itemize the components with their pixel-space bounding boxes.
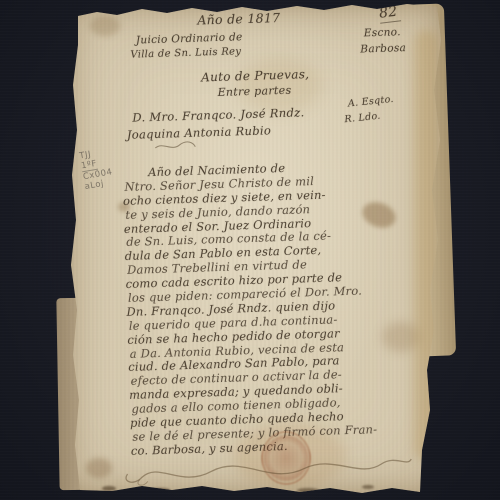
court-heading-line: Villa de Sn. Luis Rey	[130, 46, 241, 60]
archival-reference-note: TJJ 1ºF Cx004 aLoj	[79, 147, 115, 192]
paper-stain	[212, 5, 222, 11]
scribe-note-line: Escno.	[364, 27, 401, 40]
manuscript-page: Año de 1817 82 Escno. Barbosa Juicio Ord…	[62, 0, 446, 497]
marginal-abbreviation-line: A. Esqto.	[348, 95, 395, 110]
rubric-flourish-icon	[119, 441, 420, 498]
paper-stain	[320, 3, 332, 9]
year-heading: Año de 1817	[197, 11, 280, 27]
document-title-line: Auto de Pruevas,	[201, 68, 310, 85]
folio-number: 82	[378, 4, 401, 24]
marginal-abbreviation-line: R. Ldo.	[344, 112, 381, 126]
underline-flourish-icon	[153, 138, 198, 158]
handwritten-content: Año de 1817 82 Escno. Barbosa Juicio Ord…	[57, 0, 456, 499]
document-title-line: Entre partes	[217, 85, 291, 99]
body-text-block: Año del Nacimiento de Ntro. Señor Jesu C…	[122, 156, 441, 457]
manuscript-photo-scene: Año de 1817 82 Escno. Barbosa Juicio Ord…	[0, 0, 500, 500]
party-name-line: Joaquina Antonia Rubio	[127, 124, 272, 141]
court-heading-line: Juicio Ordinario de	[136, 32, 243, 47]
party-name-line: D. Mro. Franqco. José Rndz.	[132, 106, 304, 124]
scribe-note-line: Barbosa	[360, 43, 406, 56]
